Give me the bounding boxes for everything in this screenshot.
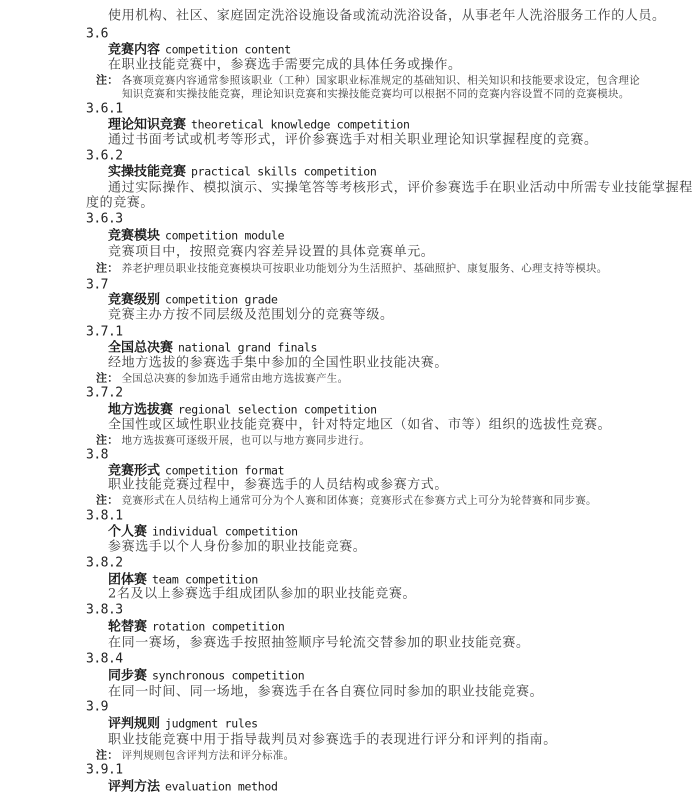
- term-chinese: 竞赛级别: [108, 293, 160, 308]
- term-heading: 全国总决赛national grand finals: [108, 342, 317, 355]
- section-number: 3.9: [86, 701, 108, 714]
- definition-text: 在职业技能竞赛中，参赛选手需要完成的具体任务或操作。: [108, 59, 462, 72]
- note-text: 评判规则包含评判方法和评分标准。: [122, 749, 295, 761]
- term-english: team competition: [152, 573, 258, 587]
- note-label: 注：: [96, 73, 119, 86]
- note-label: 注：: [96, 261, 119, 274]
- definition-text: 经地方选拔的参赛选手集中参加的全国性职业技能决赛。: [108, 357, 448, 370]
- term-chinese: 轮替赛: [108, 620, 147, 635]
- note: 注：地方选拔赛可逐级开展，也可以与地方赛同步进行。: [96, 434, 370, 446]
- term-chinese: 竞赛内容: [108, 43, 160, 58]
- note-text: 各赛项竞赛内容通常参照该职业（工种）国家职业标准规定的基础知识、相关知识和技能要…: [122, 74, 640, 86]
- definition-text: 在同一时间、同一场地，参赛选手在各自赛位同时参加的职业技能竞赛。: [108, 686, 543, 699]
- section-number: 3.6: [86, 28, 108, 41]
- definition-text: 竞赛项目中，按照竞赛内容差异设置的具体竞赛单元。: [108, 246, 434, 259]
- note-text-continued: 知识竞赛和实操技能竞赛，理论知识竞赛和实操技能竞赛均可以根据不同的竞赛内容设置不…: [122, 89, 630, 100]
- section-number: 3.6.1: [86, 103, 123, 116]
- term-heading: 同步赛synchronous competition: [108, 670, 304, 683]
- section-number: 3.9.1: [86, 764, 123, 777]
- term-heading: 评判规则judgment rules: [108, 718, 258, 731]
- term-chinese: 团体赛: [108, 573, 147, 588]
- term-heading: 竞赛模块competition module: [108, 230, 284, 243]
- definition-text-continued: 度的竞赛。: [86, 197, 154, 210]
- definition-text: 职业技能竞赛中用于指导裁判员对参赛选手的表现进行评分和评判的指南。: [108, 734, 557, 747]
- term-chinese: 评判规则: [108, 717, 160, 732]
- term-chinese: 实操技能竞赛: [108, 165, 186, 180]
- document-page: 使用机构、社区、家庭固定洗浴设施设备或流动洗浴设备，从事老年人洗浴服务工作的人员…: [0, 0, 700, 797]
- note-label: 注：: [96, 748, 119, 761]
- section-number: 3.8: [86, 449, 108, 462]
- definition-text: 通过书面考试或机考等形式，评价参赛选手对相关职业理论知识掌握程度的竞赛。: [108, 134, 598, 147]
- term-english: synchronous competition: [152, 669, 304, 683]
- term-english: national grand finals: [178, 341, 317, 355]
- term-chinese: 竞赛形式: [108, 464, 160, 479]
- definition-text: 参赛选手以个人身份参加的职业技能竞赛。: [108, 541, 366, 554]
- note-label: 注：: [96, 493, 119, 506]
- note: 注：竞赛形式在人员结构上通常可分为个人赛和团体赛；竞赛形式在参赛方式上可分为轮替…: [96, 494, 597, 506]
- term-chinese: 地方选拔赛: [108, 403, 173, 418]
- term-heading: 评判方法evaluation method: [108, 781, 278, 794]
- term-english: theoretical knowledge competition: [191, 118, 410, 132]
- section-number: 3.8.1: [86, 510, 123, 523]
- section-number: 3.6.3: [86, 213, 123, 226]
- term-chinese: 同步赛: [108, 669, 147, 684]
- term-chinese: 理论知识竞赛: [108, 118, 186, 133]
- term-chinese: 全国总决赛: [108, 341, 173, 356]
- term-english: judgment rules: [165, 717, 258, 731]
- term-english: competition format: [165, 464, 284, 478]
- note: 注：各赛项竞赛内容通常参照该职业（工种）国家职业标准规定的基础知识、相关知识和技…: [96, 74, 640, 86]
- section-number: 3.8.2: [86, 557, 123, 570]
- definition-text: 使用机构、社区、家庭固定洗浴设施设备或流动洗浴设备，从事老年人洗浴服务工作的人员…: [108, 10, 666, 23]
- section-number: 3.7.2: [86, 387, 123, 400]
- definition-text: 竞赛主办方按不同层级及范围划分的竞赛等级。: [108, 309, 394, 322]
- definition-text: 全国性或区域性职业技能竞赛中，针对特定地区（如省、市等）组织的选拔性竞赛。: [108, 419, 611, 432]
- note: 注：评判规则包含评判方法和评分标准。: [96, 749, 294, 761]
- term-heading: 竞赛形式competition format: [108, 465, 284, 478]
- term-heading: 实操技能竞赛practical skills competition: [108, 166, 376, 179]
- term-chinese: 个人赛: [108, 525, 147, 540]
- section-number: 3.7.1: [86, 326, 123, 339]
- term-heading: 竞赛级别competition grade: [108, 294, 278, 307]
- term-english: individual competition: [152, 525, 298, 539]
- term-chinese: 评判方法: [108, 780, 160, 795]
- note-text: 地方选拔赛可逐级开展，也可以与地方赛同步进行。: [122, 434, 370, 446]
- note: 注：全国总决赛的参加选手通常由地方选拔赛产生。: [96, 372, 348, 384]
- term-english: evaluation method: [165, 780, 278, 794]
- note-text: 全国总决赛的参加选手通常由地方选拔赛产生。: [122, 372, 349, 384]
- term-heading: 竞赛内容competition content: [108, 44, 291, 57]
- definition-text: 2名及以上参赛选手组成团队参加的职业技能竞赛。: [108, 588, 416, 601]
- term-english: rotation competition: [152, 620, 284, 634]
- note-text: 竞赛形式在人员结构上通常可分为个人赛和团体赛；竞赛形式在参赛方式上可分为轮替赛和…: [122, 494, 597, 506]
- note-text: 养老护理员职业技能竞赛模块可按职业功能划分为生活照护、基础照护、康复服务、心理支…: [122, 262, 608, 274]
- term-heading: 轮替赛rotation competition: [108, 621, 285, 634]
- term-english: competition grade: [165, 293, 278, 307]
- term-chinese: 竞赛模块: [108, 229, 160, 244]
- term-english: competition content: [165, 43, 291, 57]
- note-label: 注：: [96, 433, 119, 446]
- definition-text: 通过实际操作、模拟演示、实操笔答等考核形式，评价参赛选手在职业活动中所需专业技能…: [108, 182, 693, 195]
- term-heading: 地方选拔赛regional selection competition: [108, 404, 377, 417]
- definition-text: 职业技能竞赛过程中，参赛选手的人员结构或参赛方式。: [108, 479, 448, 492]
- note: 注：养老护理员职业技能竞赛模块可按职业功能划分为生活照护、基础照护、康复服务、心…: [96, 262, 608, 274]
- term-heading: 理论知识竞赛theoretical knowledge competition: [108, 119, 410, 132]
- term-english: competition module: [165, 229, 284, 243]
- term-heading: 个人赛individual competition: [108, 526, 298, 539]
- definition-text: 在同一赛场，参赛选手按照抽签顺序号轮流交替参加的职业技能竞赛。: [108, 637, 530, 650]
- term-heading: 团体赛team competition: [108, 574, 258, 587]
- term-english: practical skills competition: [191, 165, 376, 179]
- note-label: 注：: [96, 371, 119, 384]
- section-number: 3.8.3: [86, 604, 123, 617]
- section-number: 3.8.4: [86, 653, 123, 666]
- section-number: 3.6.2: [86, 150, 123, 163]
- term-english: regional selection competition: [178, 403, 377, 417]
- section-number: 3.7: [86, 279, 108, 292]
